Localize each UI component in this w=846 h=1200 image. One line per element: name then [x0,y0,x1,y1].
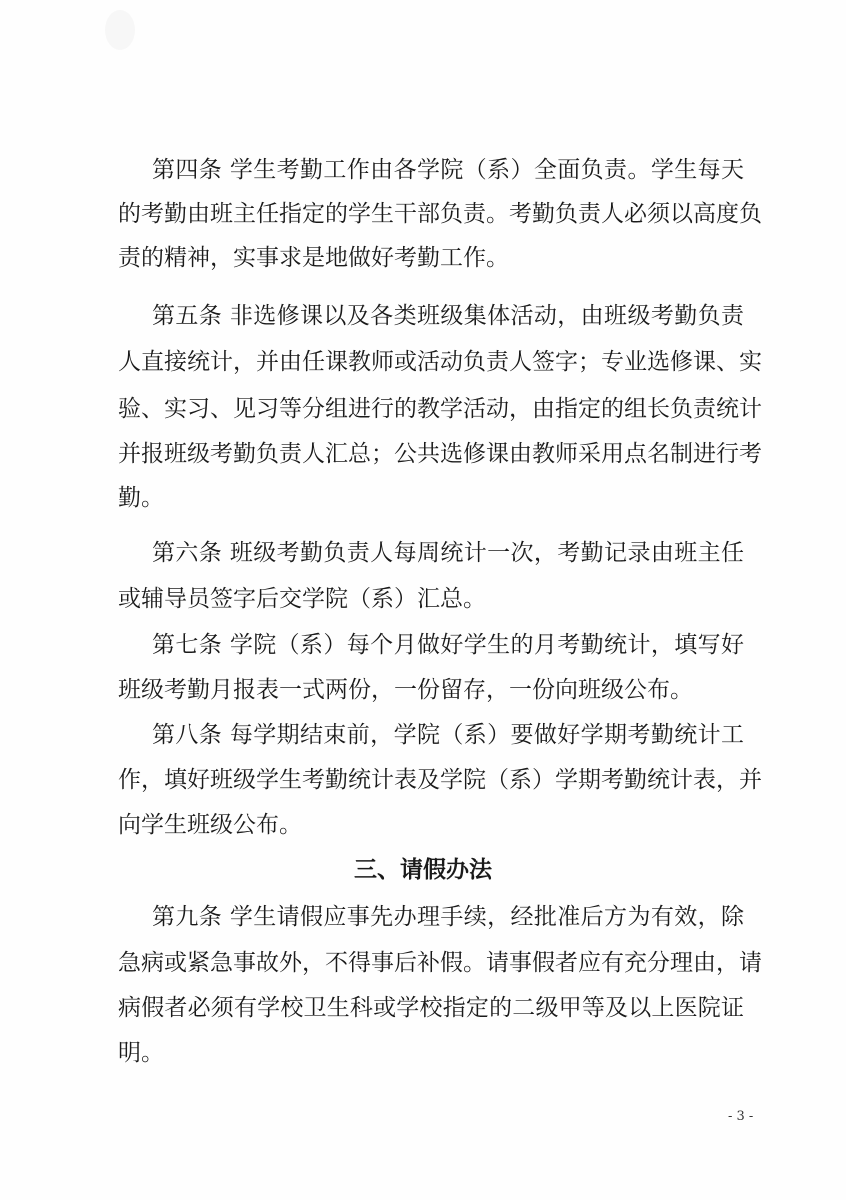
article-8-line-2: 作，填好班级学生考勤统计表及学院（系）学期考勤统计表，并 [118,765,744,795]
article-8-line-1: 第八条 每学期结束前，学院（系）要做好学期考勤统计工 [152,720,744,750]
article-7-line-2: 班级考勤月报表一式两份，一份留存，一份向班级公布。 [118,675,744,705]
scan-artifact [105,10,135,50]
article-4-line-2: 的考勤由班主任指定的学生干部负责。考勤负责人必须以高度负 [118,199,744,229]
article-5-line-5: 勤。 [118,483,744,513]
document-page: 第四条 学生考勤工作由各学院（系）全面负责。学生每天 的考勤由班主任指定的学生干… [0,0,846,1200]
page-number: - 3 - [728,1109,753,1125]
article-4-line-1: 第四条 学生考勤工作由各学院（系）全面负责。学生每天 [152,155,744,185]
article-5-line-4: 并报班级考勤负责人汇总；公共选修课由教师采用点名制进行考 [118,439,744,469]
article-7-line-1: 第七条 学院（系）每个月做好学生的月考勤统计，填写好 [152,630,744,660]
article-9-line-4: 明。 [118,1038,744,1068]
article-6-line-1: 第六条 班级考勤负责人每周统计一次，考勤记录由班主任 [152,538,744,568]
article-5-line-3: 验、实习、见习等分组进行的教学活动，由指定的组长负责统计 [118,394,744,424]
article-5-line-2: 人直接统计，并由任课教师或活动负责人签字；专业选修课、实 [118,347,744,377]
article-8-line-3: 向学生班级公布。 [118,810,744,840]
article-9-line-2: 急病或紧急事故外，不得事后补假。请事假者应有充分理由，请 [118,948,744,978]
article-4-line-3: 责的精神，实事求是地做好考勤工作。 [118,243,744,273]
article-6-line-2: 或辅导员签字后交学院（系）汇总。 [118,584,744,614]
article-9-line-3: 病假者必须有学校卫生科或学校指定的二级甲等及以上医院证 [118,993,744,1023]
section-heading: 三、请假办法 [0,855,846,885]
article-5-line-1: 第五条 非选修课以及各类班级集体活动，由班级考勤负责 [152,301,744,331]
article-9-line-1: 第九条 学生请假应事先办理手续，经批准后方为有效，除 [152,902,744,932]
